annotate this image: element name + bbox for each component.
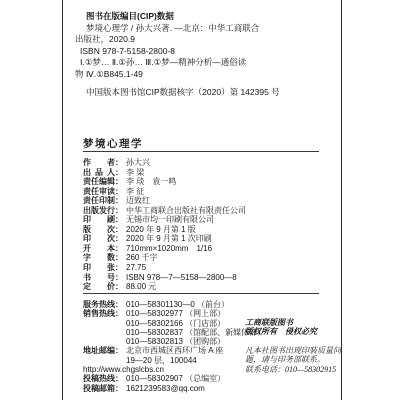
contact-row-submission-email: 投稿邮箱：1621239583@qq.com bbox=[83, 384, 265, 393]
imprint-notice: 工商联版图书 版权所有 侵权必究 凡本社图书出现印装质量问 题，请与印务部联系。… bbox=[245, 318, 341, 374]
colophon-value: 孙大兴 bbox=[126, 158, 150, 167]
contact-divider-rule bbox=[83, 293, 319, 294]
colophon-row-producer: 出品人：李 梁 bbox=[83, 168, 246, 178]
contact-label: 投稿邮箱 bbox=[83, 384, 115, 393]
contact-label: 地址邮编 bbox=[83, 346, 115, 355]
colophon-list: 作者：孙大兴 出品人：李 梁 责任编辑：李 琰 袁一鸣 责任审读：李 征 责任印… bbox=[83, 158, 246, 292]
colophon-value: 260 千字 bbox=[126, 253, 158, 262]
label-colon: ： bbox=[115, 158, 123, 168]
colophon-label: 责任编辑 bbox=[83, 177, 115, 187]
colophon-label: 印次 bbox=[83, 234, 115, 244]
colophon-value: 2020 年 9 月第 1 次印刷 bbox=[126, 234, 212, 243]
cip-heading: 图书在版编目(CIP)数据 bbox=[75, 11, 333, 23]
contact-value: 19—20 层，100044 bbox=[83, 356, 197, 365]
colophon-label: 责任审读 bbox=[83, 187, 115, 197]
印务-contact-phone: 联系电话：010—58302915 bbox=[245, 365, 341, 374]
cip-description-line: 梦境心理学 / 孙大兴著. —北京：中华工商联合 bbox=[75, 23, 333, 35]
cip-description-line-2: 出版社，2020.9 bbox=[75, 34, 333, 46]
colophon-value: ISBN 978—7—5158—2800—8 bbox=[126, 273, 237, 282]
cip-classification-line: Ⅰ.①梦… Ⅱ.①孙… Ⅲ.①梦—精神分析—通俗读 bbox=[75, 57, 333, 69]
contact-row-sales-3: 010—58302837 （馆配部、新媒体部） bbox=[83, 328, 265, 337]
label-colon: ： bbox=[115, 273, 123, 283]
contact-row-submission-phone: 投稿热线：010—58302907 （总编室） bbox=[83, 374, 265, 383]
colophon-value: 2020 年 9 月第 1 版 bbox=[126, 225, 196, 234]
contact-value: 010—58302837 （馆配部、新媒体部） bbox=[83, 328, 265, 337]
label-colon: ： bbox=[115, 215, 123, 225]
website-url: http://www.chgslcbs.cn bbox=[83, 365, 164, 374]
contact-row-sales-2: 010—58302166 （门店部） bbox=[83, 319, 265, 328]
colophon-value: 李 琰 袁一鸣 bbox=[126, 177, 176, 186]
colophon-label: 定价 bbox=[83, 282, 115, 292]
colophon-value: 88.00 元 bbox=[126, 282, 156, 291]
contact-email: 1621239583@qq.com bbox=[126, 384, 205, 393]
contact-value: 010—58302166 （门店部） bbox=[83, 319, 225, 328]
colophon-row-edition: 版次：2020 年 9 月第 1 版 bbox=[83, 225, 246, 235]
label-colon: ： bbox=[115, 282, 123, 292]
contact-block: 服务热线：010—58301130—0 （前台） 销售热线：010—583029… bbox=[83, 300, 265, 393]
colophon-value: 中华工商联合出版社有限责任公司 bbox=[126, 206, 246, 215]
colophon-row-publisher: 出版发行：中华工商联合出版社有限责任公司 bbox=[83, 206, 246, 216]
contact-row-website: http://www.chgslcbs.cn bbox=[83, 365, 265, 374]
colophon-label: 字数 bbox=[83, 253, 115, 263]
quality-note-line-1: 凡本社图书出现印装质量问 bbox=[245, 346, 341, 355]
colophon-value: 27.75 bbox=[126, 263, 146, 272]
contact-label: 投稿热线 bbox=[83, 374, 115, 383]
colophon-label: 印刷 bbox=[83, 215, 115, 225]
colophon-row-impression: 印次：2020 年 9 月第 1 次印刷 bbox=[83, 234, 246, 244]
colophon-label: 出品人 bbox=[83, 168, 115, 178]
colophon-row-reviewer: 责任审读：李 征 bbox=[83, 187, 246, 197]
colophon-row-editor: 责任编辑：李 琰 袁一鸣 bbox=[83, 177, 246, 187]
label-colon: ： bbox=[115, 300, 123, 309]
colophon-value: 无锡市均一印刷有限公司 bbox=[126, 215, 214, 224]
colophon-row-wordcount: 字数：260 千字 bbox=[83, 253, 246, 263]
contact-label: 销售热线 bbox=[83, 309, 115, 318]
cip-data-block: 图书在版编目(CIP)数据 梦境心理学 / 孙大兴著. —北京：中华工商联合 出… bbox=[75, 11, 333, 98]
right-border-line bbox=[341, 0, 342, 400]
contact-value: 010—58301130—0 （前台） bbox=[126, 300, 229, 309]
colophon-label: 出版发行 bbox=[83, 206, 115, 216]
book-title: 梦境心理学 bbox=[83, 136, 143, 151]
copyright-notice: 版权所有 侵权必究 bbox=[245, 327, 341, 336]
contact-row-address-2: 19—20 层，100044 bbox=[83, 356, 265, 365]
copyright-page: 图书在版编目(CIP)数据 梦境心理学 / 孙大兴著. —北京：中华工商联合 出… bbox=[0, 0, 400, 400]
contact-row-address: 地址邮编：北京市西城区西环广场 A 座 bbox=[83, 346, 265, 355]
colophon-row-sheets: 印张：27.75 bbox=[83, 263, 246, 273]
colophon-value: 李 征 bbox=[126, 187, 144, 196]
colophon-row-printer: 印刷：无锡市均一印刷有限公司 bbox=[83, 215, 246, 225]
label-colon: ： bbox=[115, 234, 123, 244]
cip-isbn-line: ISBN 978-7-5158-2800-8 bbox=[75, 46, 333, 58]
label-colon: ： bbox=[115, 309, 123, 318]
label-colon: ： bbox=[115, 168, 123, 178]
left-border-line bbox=[62, 0, 63, 400]
colophon-label: 责任印制 bbox=[83, 196, 115, 206]
quality-note-line-2: 题，请与印务部联系。 bbox=[245, 355, 341, 364]
imprint-brand: 工商联版图书 bbox=[245, 318, 341, 327]
label-colon: ： bbox=[115, 346, 123, 355]
title-divider-rule bbox=[83, 151, 319, 152]
label-colon: ： bbox=[115, 253, 123, 263]
label-colon: ： bbox=[115, 177, 123, 187]
colophon-label: 书号 bbox=[83, 273, 115, 283]
contact-row-sales: 销售热线：010—58302977 （网上部） bbox=[83, 309, 265, 318]
label-colon: ： bbox=[115, 196, 123, 206]
contact-value: 北京市西城区西环广场 A 座 bbox=[126, 346, 223, 355]
colophon-row-author: 作者：孙大兴 bbox=[83, 158, 246, 168]
colophon-label: 版次 bbox=[83, 225, 115, 235]
colophon-row-price: 定价：88.00 元 bbox=[83, 282, 246, 292]
label-colon: ： bbox=[115, 374, 123, 383]
cip-classification-line-2: 物 Ⅳ.①B845.1-49 bbox=[75, 69, 333, 81]
colophon-value: 李 梁 bbox=[126, 168, 144, 177]
label-colon: ： bbox=[115, 384, 123, 393]
colophon-row-print-supervisor: 责任印制：迈致红 bbox=[83, 196, 246, 206]
contact-value: 010—58302907 （总编室） bbox=[126, 374, 225, 383]
label-colon: ： bbox=[115, 225, 123, 235]
label-colon: ： bbox=[115, 263, 123, 273]
label-colon: ： bbox=[115, 244, 123, 254]
colophon-value: 迈致红 bbox=[126, 196, 150, 205]
cip-registration-number: 中国版本图书馆CIP数据核字（2020）第 142395 号 bbox=[75, 87, 333, 99]
contact-row-service: 服务热线：010—58301130—0 （前台） bbox=[83, 300, 265, 309]
contact-label: 服务热线 bbox=[83, 300, 115, 309]
label-colon: ： bbox=[115, 187, 123, 197]
contact-value: 010—58302977 （网上部） bbox=[126, 309, 225, 318]
colophon-row-isbn: 书号：ISBN 978—7—5158—2800—8 bbox=[83, 273, 246, 283]
colophon-label: 印张 bbox=[83, 263, 115, 273]
colophon-value: 710mm×1020mm 1/16 bbox=[126, 244, 212, 253]
contact-value: 010—58302813 （团购部） bbox=[83, 337, 225, 346]
colophon-label: 作者 bbox=[83, 158, 115, 168]
label-colon: ： bbox=[115, 206, 123, 216]
